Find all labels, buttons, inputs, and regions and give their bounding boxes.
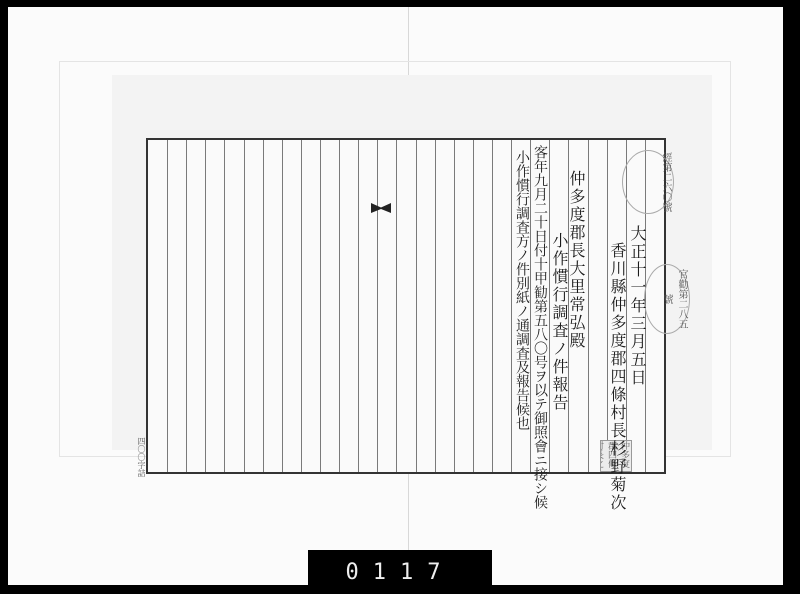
rule-line — [301, 140, 302, 472]
rule-line — [224, 140, 225, 472]
rule-line — [244, 140, 245, 472]
rule-line — [473, 140, 474, 472]
rule-line — [339, 140, 340, 472]
rule-line — [186, 140, 187, 472]
body-line-1: 客年九月二十日付十甲勧第五八〇号ヲ以テ御照會ニ接シ候 — [530, 145, 550, 509]
stamp-middle-oval: 官勸第二八五號 — [644, 264, 690, 334]
frame-counter: 0117 — [308, 550, 492, 594]
rule-line — [377, 140, 378, 472]
rule-line — [263, 140, 264, 472]
frame-number: 0117 — [308, 560, 492, 585]
rule-line — [358, 140, 359, 472]
rule-line — [416, 140, 417, 472]
rule-line — [435, 140, 436, 472]
rule-line — [320, 140, 321, 472]
rule-line — [588, 140, 589, 472]
body-line-2: 小作慣行調査方ノ件別紙ノ通調査及報告候也 — [512, 150, 532, 430]
sender-line: 香川縣仲多度郡四條村長杉野菊次 — [606, 242, 629, 512]
stamp-top-oval: 經第二六〇號 — [622, 150, 674, 214]
subject-line: 小作慣行調査ノ件報告 — [548, 232, 571, 412]
rule-line — [282, 140, 283, 472]
margin-note: 四〇〇字詰 — [136, 437, 147, 477]
rule-line — [492, 140, 493, 472]
rule-line — [396, 140, 397, 472]
rule-line — [454, 140, 455, 472]
ruled-frame — [146, 138, 666, 474]
rule-line — [205, 140, 206, 472]
rule-line — [167, 140, 168, 472]
date-line: 大正十一年三月五日 — [626, 225, 649, 387]
